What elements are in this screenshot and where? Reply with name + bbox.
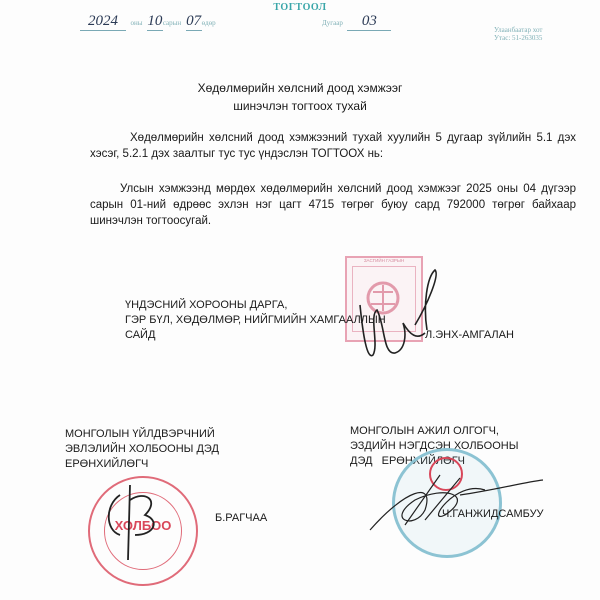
address-phone: Утас: 51-263035 [494,34,542,42]
signatory-1-title: ҮНДЭСНИЙ ХОРООНЫ ДАРГА, ГЭР БҮЛ, ХӨДӨЛМӨ… [125,298,386,343]
signatory-3-name: Ч.ГАНЖИДСАМБУУ [442,507,544,522]
paragraph-basis: Хөдөлмөрийн хөлсний доод хэмжээний тухай… [90,130,576,162]
title-line-1: Хөдөлмөрийн хөлсний доод хэмжээг [0,79,600,97]
document-title: Хөдөлмөрийн хөлсний доод хэмжээг шинэчлэ… [0,79,600,115]
number-label: Дугаар [322,19,343,27]
number-value: 03 [347,13,391,31]
paragraph-resolution: Улсын хэмжээнд мөрдөх хөдөлмөрийн хөлсни… [90,181,576,229]
date-day: 07 [186,13,202,31]
signature-1-icon [355,265,445,365]
day-label: өдөр [202,19,216,27]
signature-2-icon [100,480,180,570]
month-label: сарын [163,19,181,27]
title-line: ГЭР БҮЛ, ХӨДӨЛМӨР, НИЙГМИЙН ХАМГААЛЛЫН [125,313,386,328]
signature-3-icon [365,470,545,540]
signatory-2-title: МОНГОЛЫН ҮЙЛДВЭРЧНИЙ ЭВЛЭЛИЙН ХОЛБООНЫ Д… [65,427,219,472]
document-number: Дугаар 03 [322,12,391,31]
signatory-2-name: Б.РАГЧАА [215,511,267,526]
title-line: ЭВЛЭЛИЙН ХОЛБООНЫ ДЭД [65,442,219,457]
title-line: САЙД [125,328,386,343]
title-line: МОНГОЛЫН АЖИЛ ОЛГОГЧ, [350,424,518,439]
title-line-2: шинэчлэн тогтоох тухай [0,97,600,115]
date-month: 10 [147,13,163,31]
date-year: 2024 [80,13,126,31]
stamp-text: ЗАСГИЙН ГАЗРЫН [347,258,421,263]
title-line: ҮНДЭСНИЙ ХОРООНЫ ДАРГА, [125,298,386,313]
title-line: МОНГОЛЫН ҮЙЛДВЭРЧНИЙ [65,427,219,442]
date-line: 2024 оны 10сарын 07өдөр [80,12,216,31]
year-label: оны [130,19,142,27]
address-block: Улаанбаатар хот Утас: 51-263035 [494,26,542,42]
address-city: Улаанбаатар хот [494,26,542,34]
title-line: ЕРӨНХИЙЛӨГЧ [65,457,219,472]
